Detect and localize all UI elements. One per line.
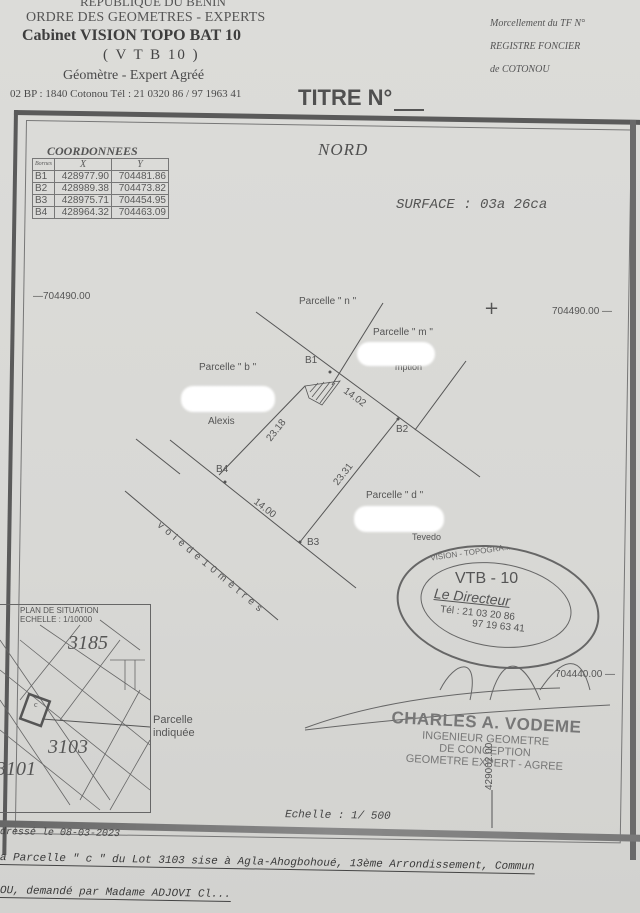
lot-number-3101: 3101 — [0, 758, 36, 781]
situation-title-text: PLAN DE SITUATION — [20, 606, 99, 615]
point-b4: B4 — [216, 464, 228, 475]
parcel-m-label: Parcelle " m " — [373, 327, 433, 338]
grid-label-bottom-vertical: 429002.00 — [484, 743, 495, 790]
redacted-owner-d — [354, 506, 444, 532]
parcel-indicated-label: Parcelle indiquée — [153, 714, 195, 740]
parcel-indicated-line-2: indiquée — [153, 727, 195, 740]
point-b1: B1 — [305, 355, 317, 366]
date-drawn: dressé le 08-03-2023 — [0, 827, 120, 840]
situation-scale-text: ECHELLE : 1/10000 — [20, 615, 99, 624]
lot-number-3185: 3185 — [68, 632, 108, 655]
lot-number-3103: 3103 — [48, 736, 88, 759]
redacted-owner-m — [357, 342, 435, 366]
stamp-center-text: VTB - 10 — [455, 570, 518, 588]
situation-plan-title: PLAN DE SITUATION ECHELLE : 1/10000 — [20, 606, 99, 624]
point-b3: B3 — [307, 537, 319, 548]
plan-scale: Echelle : 1/ 500 — [285, 809, 391, 823]
parcel-b-label: Parcelle " b " — [199, 362, 256, 373]
redacted-owner-b — [181, 386, 275, 412]
parcel-d-owner: Tevedo — [412, 532, 441, 542]
parcel-b-owner: Alexis — [208, 416, 235, 427]
parcel-indicated-line-1: Parcelle — [153, 714, 195, 727]
parcel-n-label: Parcelle " n " — [299, 296, 356, 307]
parcel-d-label: Parcelle " d " — [366, 490, 423, 501]
highlighted-parcel-letter: c — [34, 700, 38, 709]
point-b2: B2 — [396, 424, 408, 435]
